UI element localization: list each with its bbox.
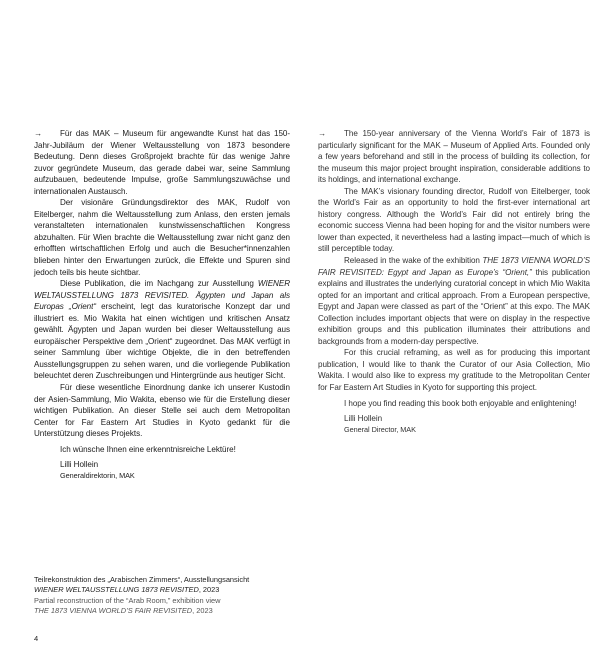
paragraph: Für diese wesentliche Einordnung danke i… xyxy=(34,382,290,440)
caption-german-line-1: Teilrekonstruktion des „Arabischen Zimme… xyxy=(34,575,334,585)
image-caption: Teilrekonstruktion des „Arabischen Zimme… xyxy=(34,575,334,617)
arrow-right-icon: → xyxy=(318,128,344,140)
caption-german-line-2: WIENER WELTAUSSTELLUNG 1873 REVISITED, 2… xyxy=(34,585,334,595)
signature-role: Generaldirektorin, MAK xyxy=(60,471,290,481)
paragraph: For this crucial reframing, as well as f… xyxy=(318,347,590,393)
paragraph: The MAK’s visionary founding director, R… xyxy=(318,186,590,255)
paragraph: Diese Publikation, die im Nachgang zur A… xyxy=(34,278,290,382)
signature-name: Lilli Hollein xyxy=(344,413,590,425)
paragraph: →Für das MAK – Museum für angewandte Kun… xyxy=(34,128,290,197)
signature-role: General Director, MAK xyxy=(344,425,590,435)
page-number: 4 xyxy=(34,634,38,643)
caption-english-line-2: THE 1873 VIENNA WORLD’S FAIR REVISITED, … xyxy=(34,606,334,616)
paragraph: →The 150-year anniversary of the Vienna … xyxy=(318,128,590,186)
signature: Lilli Hollein Generaldirektorin, MAK xyxy=(34,459,290,481)
arrow-right-icon: → xyxy=(34,128,60,140)
paragraph: Released in the wake of the exhibition T… xyxy=(318,255,590,347)
closing-line: I hope you find reading this book both e… xyxy=(318,398,590,410)
closing-line: Ich wünsche Ihnen eine erkenntnisreiche … xyxy=(34,444,290,456)
signature-name: Lilli Hollein xyxy=(60,459,290,471)
caption-english-line-1: Partial reconstruction of the “Arab Room… xyxy=(34,596,334,606)
english-text-column: →The 150-year anniversary of the Vienna … xyxy=(318,128,590,435)
paragraph: Der visionäre Gründungsdirektor des MAK,… xyxy=(34,197,290,278)
german-text-column: →Für das MAK – Museum für angewandte Kun… xyxy=(34,128,290,481)
signature: Lilli Hollein General Director, MAK xyxy=(318,413,590,435)
